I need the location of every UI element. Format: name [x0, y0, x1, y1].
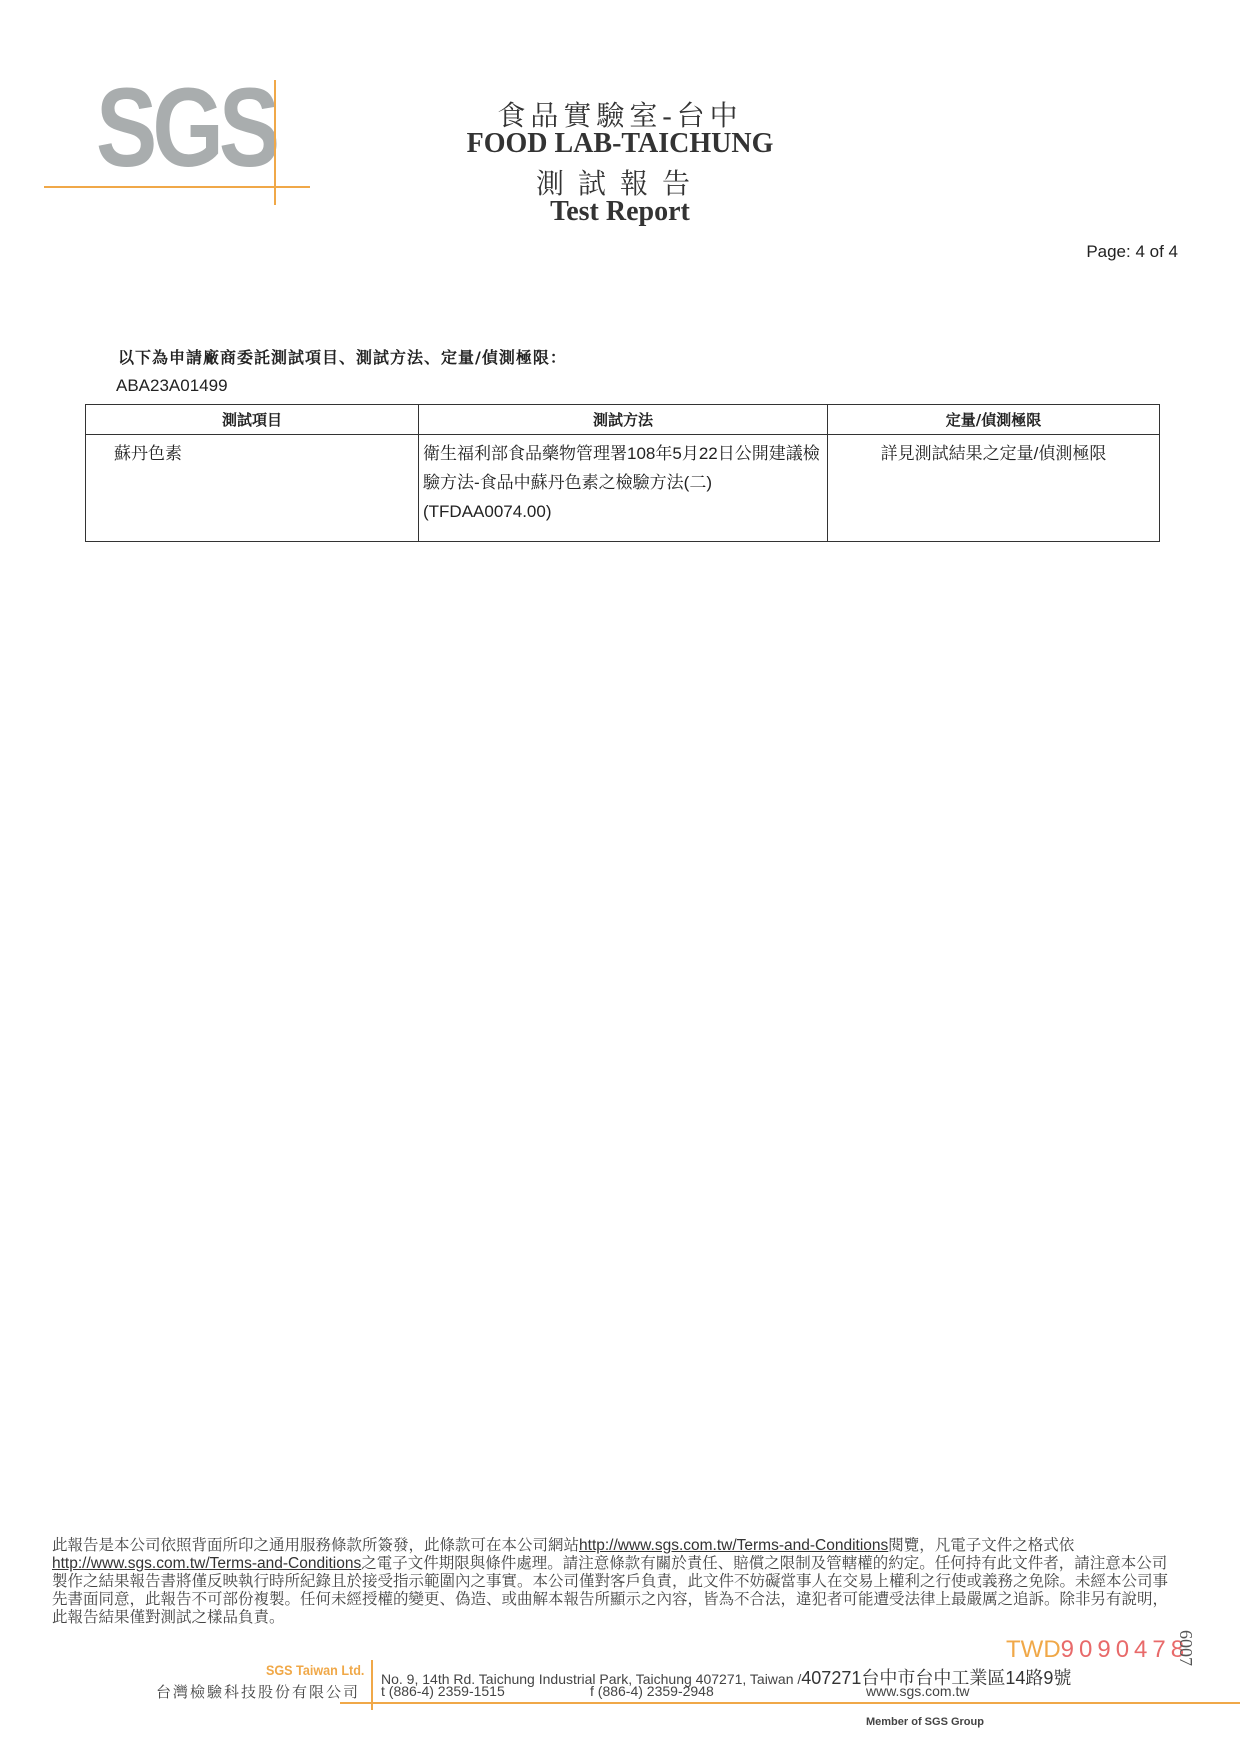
fax: f (886-4) 2359-2948: [590, 1683, 714, 1699]
intro-text: 以下為申請廠商委託測試項目、測試方法、定量/偵測極限：: [118, 345, 567, 368]
test-methods-table: 測試項目 測試方法 定量/偵測極限 蘇丹色素 衛生福利部食品藥物管理署108年5…: [85, 404, 1160, 542]
company-name-en: SGS Taiwan Ltd.: [266, 1662, 364, 1678]
logo-divider-horizontal: [44, 186, 310, 188]
disclaimer-text-1: 此報告是本公司依照背面所印之通用服務條款所簽發，此條款可在本公司網站: [52, 1537, 579, 1554]
company-name-cn: 台灣檢驗科技股份有限公司: [156, 1681, 360, 1702]
footer-divider-horizontal: [340, 1702, 1240, 1704]
logo-divider-vertical: [274, 80, 276, 205]
serial-prefix: TWD: [1006, 1636, 1061, 1663]
page-number: Page: 4 of 4: [1086, 242, 1178, 262]
terms-link[interactable]: http://www.sgs.com.tw/Terms-and-Conditio…: [579, 1537, 888, 1554]
telephone: t (886-4) 2359-1515: [381, 1683, 505, 1699]
lab-title-en: FOOD LAB-TAICHUNG: [400, 128, 840, 160]
terms-link-2[interactable]: http://www.sgs.com.tw/Terms-and-Conditio…: [52, 1555, 361, 1572]
table-row: 蘇丹色素 衛生福利部食品藥物管理署108年5月22日公開建議檢驗方法-食品中蘇丹…: [86, 435, 1160, 542]
table-header-row: 測試項目 測試方法 定量/偵測極限: [86, 405, 1160, 435]
member-text: Member of SGS Group: [866, 1716, 984, 1728]
disclaimer-text-2: 閱覽，凡電子文件之格式依: [888, 1537, 1074, 1554]
header-test-item: 測試項目: [86, 405, 419, 435]
header-test-method: 測試方法: [419, 405, 828, 435]
cell-test-method: 衛生福利部食品藥物管理署108年5月22日公開建議檢驗方法-食品中蘇丹色素之檢驗…: [419, 435, 828, 542]
side-code: 6007: [1175, 1630, 1196, 1666]
header-detection-limit: 定量/偵測極限: [828, 405, 1160, 435]
sgs-logo: SGS: [96, 72, 275, 184]
cell-detection-limit: 詳見測試結果之定量/偵測極限: [828, 435, 1160, 542]
website: www.sgs.com.tw: [866, 1683, 969, 1699]
report-title-en: Test Report: [400, 196, 840, 228]
reference-number: ABA23A01499: [116, 376, 228, 396]
legal-disclaimer: 此報告是本公司依照背面所印之通用服務條款所簽發，此條款可在本公司網站http:/…: [52, 1537, 1172, 1627]
serial-digits: 9090478: [1061, 1636, 1189, 1663]
cell-test-item: 蘇丹色素: [86, 435, 419, 542]
serial-number: TWD9090478: [1006, 1636, 1189, 1664]
